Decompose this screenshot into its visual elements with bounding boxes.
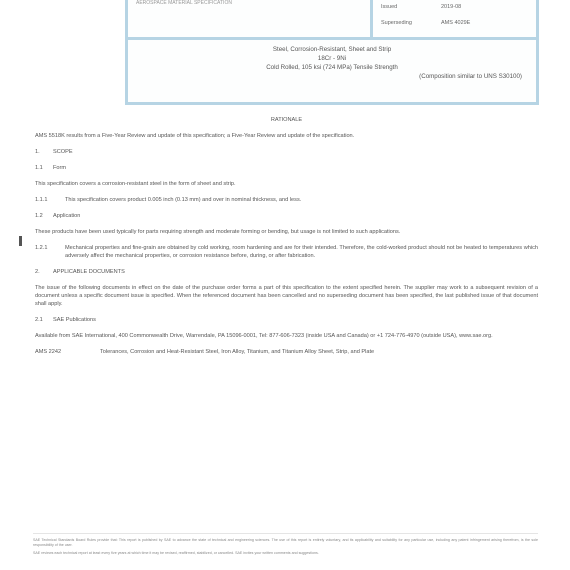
paragraph: Available from SAE International, 400 Co… [35, 332, 538, 340]
footer-line: SAE reviews each technical report at lea… [33, 551, 538, 556]
rationale-text: AMS 5518K results from a Five-Year Revie… [35, 132, 538, 140]
section-heading: 1.2Application [35, 212, 538, 220]
publisher-line: AEROSPACE MATERIAL SPECIFICATION [136, 0, 232, 7]
meta-issued: Issued 2019-08 [381, 3, 530, 11]
rationale-heading: RATIONALE [35, 116, 538, 124]
document-body: RATIONALE AMS 5518K results from a Five-… [35, 116, 538, 364]
header-meta: Issued 2019-08 Superseding AMS 4029E [370, 0, 536, 37]
page-footer: SAE Technical Standards Board Rules prov… [33, 533, 538, 559]
change-bar [19, 236, 22, 246]
subsection: 1.1.1This specification covers product 0… [35, 196, 538, 204]
reference-item: AMS 2242Tolerances, Corrosion and Heat-R… [35, 348, 538, 356]
section-heading: 2.APPLICABLE DOCUMENTS [35, 268, 538, 276]
section-heading: 2.1SAE Publications [35, 316, 538, 324]
paragraph: The issue of the following documents in … [35, 284, 538, 308]
footer-line: SAE Technical Standards Board Rules prov… [33, 538, 538, 548]
paragraph: These products have been used typically … [35, 228, 538, 236]
subsection: 1.2.1Mechanical properties and fine-grai… [35, 244, 538, 260]
document-header: AEROSPACE MATERIAL SPECIFICATION Issued … [125, 0, 539, 105]
spec-title: Steel, Corrosion-Resistant, Sheet and St… [128, 45, 536, 81]
section-heading: 1.SCOPE [35, 148, 538, 156]
meta-superseding: Superseding AMS 4029E [381, 19, 530, 27]
header-top-row: AEROSPACE MATERIAL SPECIFICATION Issued … [128, 0, 536, 40]
section-heading: 1.1Form [35, 164, 538, 172]
paragraph: This specification covers a corrosion-re… [35, 180, 538, 188]
sections: 1.SCOPE1.1FormThis specification covers … [35, 148, 538, 356]
